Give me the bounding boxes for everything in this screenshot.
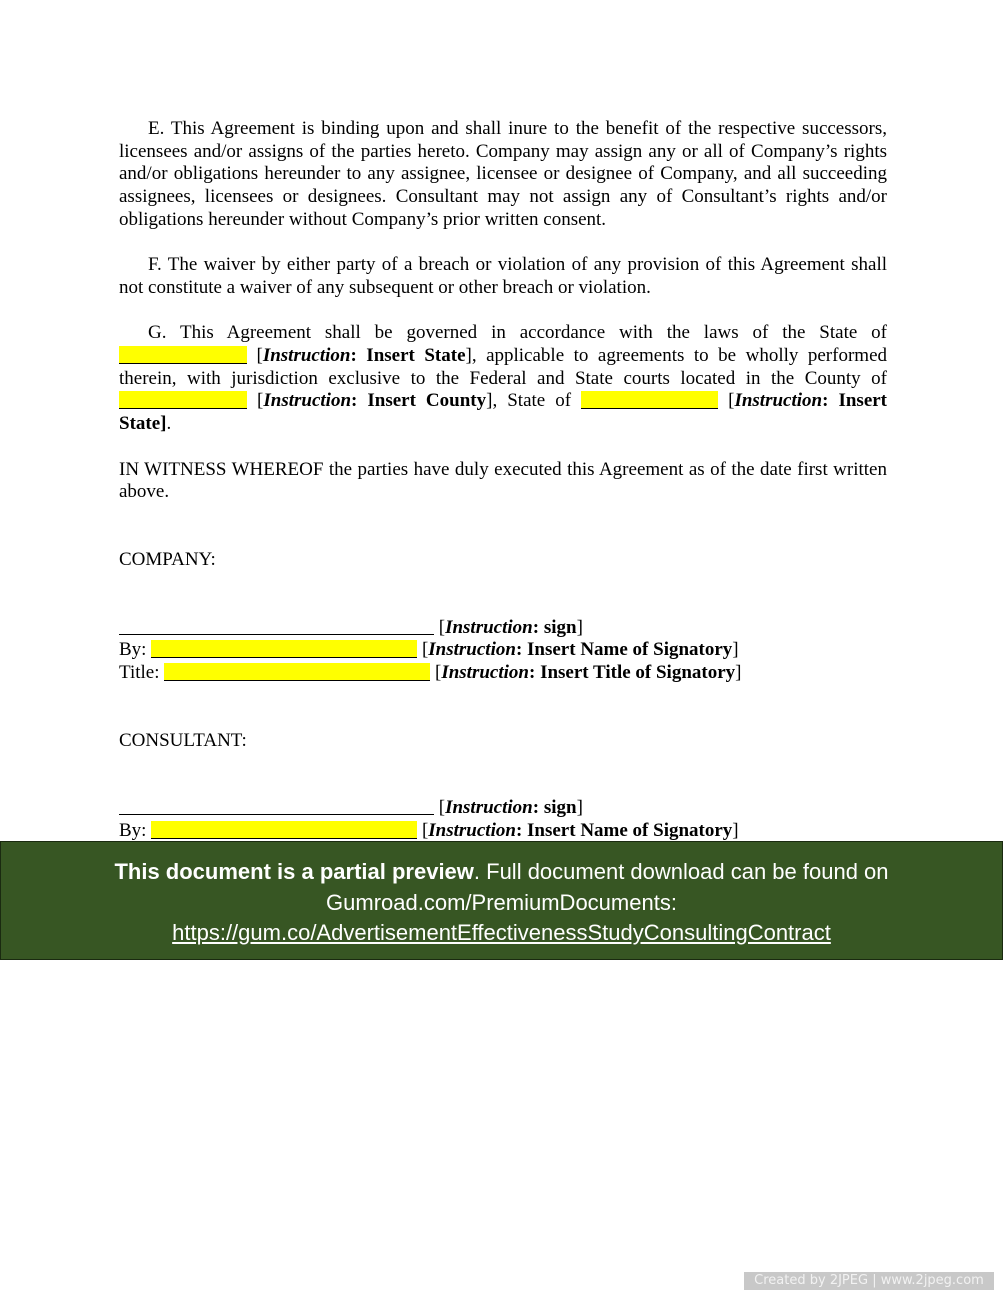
county-field[interactable]: [119, 391, 247, 409]
state-field[interactable]: [119, 346, 247, 364]
consultant-signature-block: [Instruction: sign] By: [Instruction: In…: [119, 797, 887, 842]
clause-g: G. This Agreement shall be governed in a…: [119, 322, 887, 436]
witness-clause: IN WITNESS WHEREOF the parties have duly…: [119, 459, 887, 504]
company-label: COMPANY:: [119, 549, 887, 572]
company-name-field[interactable]: [151, 640, 417, 658]
watermark: Created by 2JPEG | www.2jpeg.com: [744, 1272, 994, 1290]
company-title-field[interactable]: [164, 663, 430, 681]
consultant-label: CONSULTANT:: [119, 730, 887, 753]
clause-f: F. The waiver by either party of a breac…: [119, 254, 887, 299]
state-field-2[interactable]: [581, 391, 718, 409]
banner-bold-text: This document is a partial preview: [114, 859, 473, 884]
preview-banner: This document is a partial preview. Full…: [0, 841, 1003, 960]
download-link[interactable]: https://gum.co/AdvertisementEffectivenes…: [172, 920, 831, 945]
consultant-name-field[interactable]: [151, 821, 417, 839]
document-page: E. This Agreement is binding upon and sh…: [119, 118, 887, 843]
consultant-signature-line[interactable]: [119, 797, 434, 815]
clause-e: E. This Agreement is binding upon and sh…: [119, 118, 887, 232]
company-signature-block: [Instruction: sign] By: [Instruction: In…: [119, 617, 887, 685]
company-signature-line[interactable]: [119, 617, 434, 635]
